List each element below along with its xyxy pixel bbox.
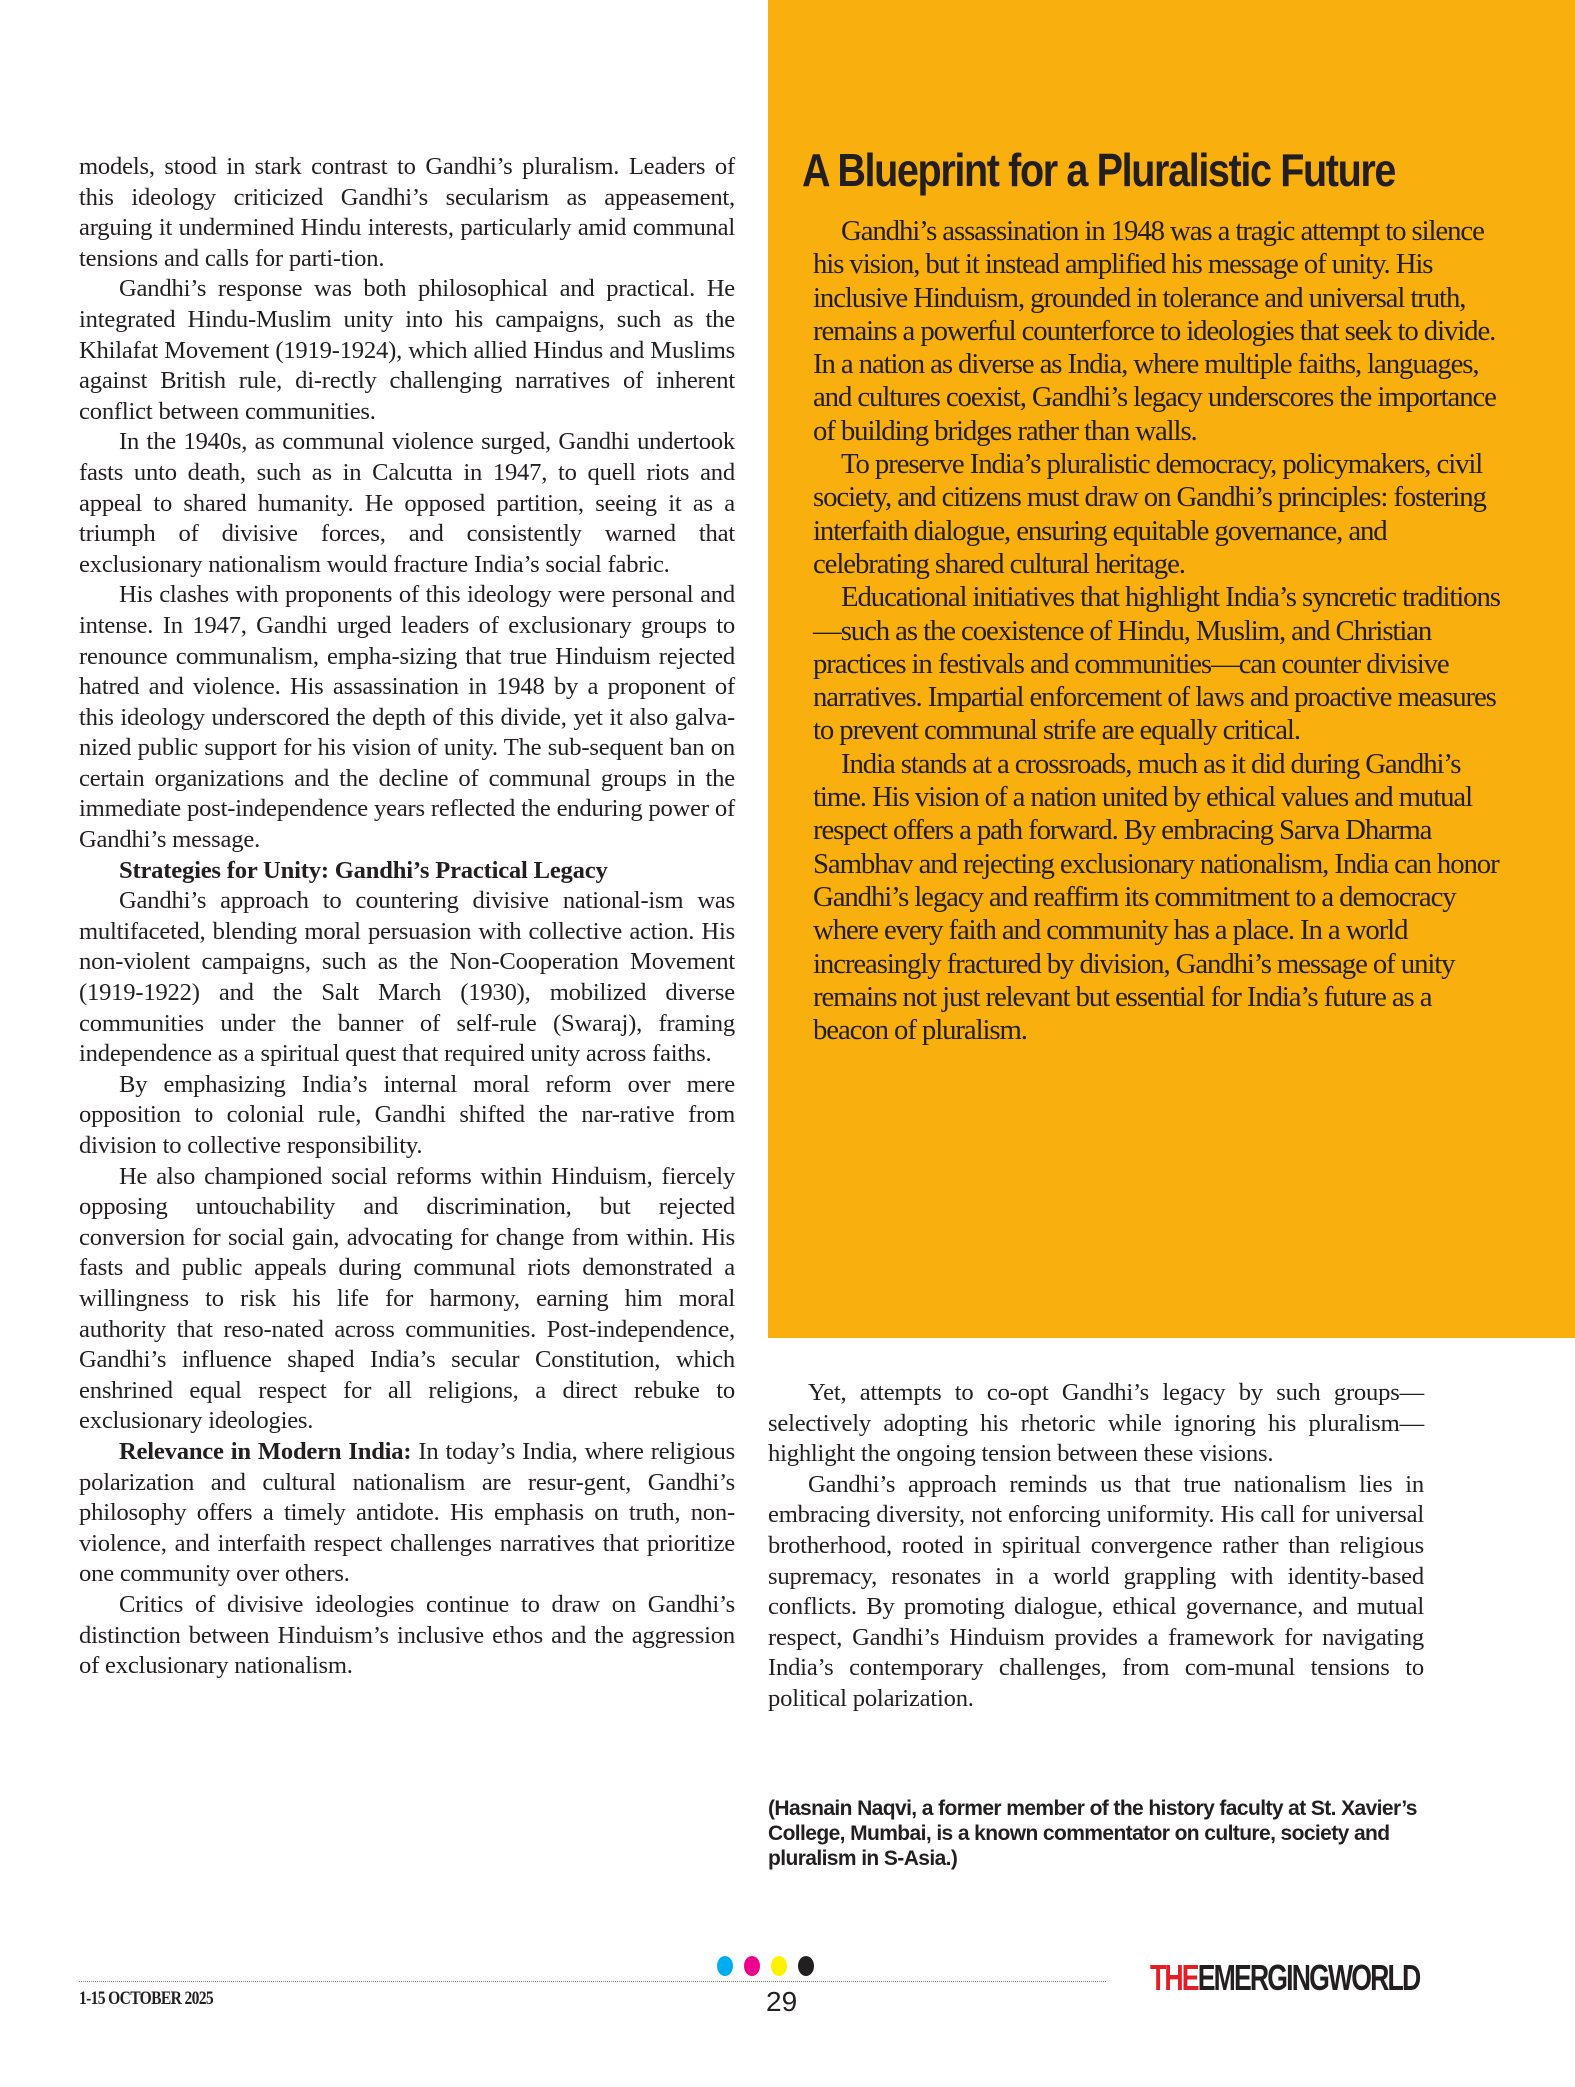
- paragraph: models, stood in stark contrast to Gandh…: [79, 152, 735, 274]
- yellow-dot-icon: [771, 1956, 787, 1976]
- sidebar-paragraph: Gandhi’s assassination in 1948 was a tra…: [813, 215, 1503, 448]
- cyan-dot-icon: [717, 1956, 733, 1976]
- paragraph: Gandhi’s approach to countering divisive…: [79, 886, 735, 1070]
- paragraph: Yet, attempts to co-opt Gandhi’s legacy …: [768, 1378, 1424, 1470]
- relevance-lead-in: Relevance in Modern India:: [119, 1438, 411, 1465]
- publication-masthead: THEEMERGINGWORLD: [1150, 1958, 1419, 1998]
- section-subheading: Strategies for Unity: Gandhi’s Practical…: [79, 856, 735, 887]
- paragraph: In the 1940s, as communal violence surge…: [79, 427, 735, 580]
- sidebar-paragraph: Educational initiatives that highlight I…: [813, 581, 1503, 747]
- sidebar-paragraph: To preserve India’s pluralistic democrac…: [813, 448, 1503, 581]
- paragraph: His clashes with proponents of this ideo…: [79, 580, 735, 855]
- paragraph: By emphasizing India’s internal moral re…: [79, 1070, 735, 1162]
- left-article-column: models, stood in stark contrast to Gandh…: [79, 152, 735, 1682]
- sidebar-paragraph: India stands at a crossroads, much as it…: [813, 748, 1503, 1048]
- black-dot-icon: [798, 1956, 814, 1976]
- footer-divider: [79, 1981, 1106, 1982]
- magenta-dot-icon: [744, 1956, 760, 1976]
- paragraph: He also championed social reforms within…: [79, 1162, 735, 1437]
- masthead-name: EMERGINGWORLD: [1198, 1957, 1420, 1998]
- author-note: (Hasnain Naqvi, a former member of the h…: [768, 1796, 1428, 1871]
- sidebar-body: Gandhi’s assassination in 1948 was a tra…: [813, 215, 1503, 1047]
- relevance-paragraph: Relevance in Modern India: In today’s In…: [79, 1437, 735, 1590]
- issue-date: 1-15 OCTOBER 2025: [79, 1988, 213, 2010]
- paragraph: Gandhi’s approach reminds us that true n…: [768, 1470, 1424, 1715]
- paragraph: Critics of divisive ideologies continue …: [79, 1590, 735, 1682]
- page-number: 29: [766, 1986, 797, 2018]
- masthead-prefix: THE: [1150, 1957, 1198, 1998]
- paragraph: Gandhi’s response was both philosophical…: [79, 274, 735, 427]
- sidebar-box: A Blueprint for a Pluralistic Future Gan…: [768, 0, 1575, 1338]
- registration-marks: [717, 1956, 814, 1976]
- right-article-column: Yet, attempts to co-opt Gandhi’s legacy …: [768, 1378, 1424, 1715]
- sidebar-title: A Blueprint for a Pluralistic Future: [802, 143, 1395, 197]
